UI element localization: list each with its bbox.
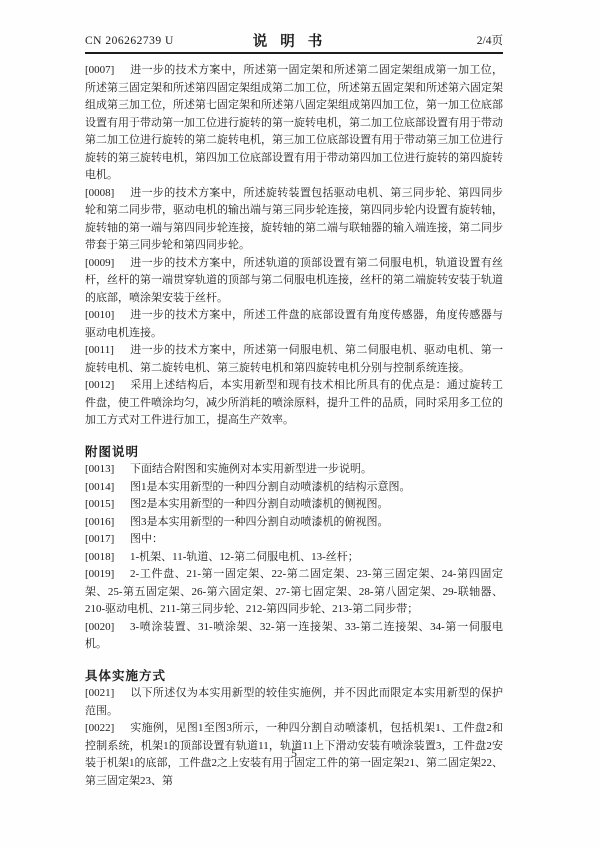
- paragraph-number: [0017]: [85, 531, 118, 549]
- paragraph: [0011]进一步的技术方案中，所述第一伺服电机、第二伺服电机、驱动电机、第一旋…: [85, 342, 503, 377]
- page-number: 5: [291, 748, 297, 760]
- paragraph-text: 图中：: [130, 533, 163, 545]
- paragraph-number: [0008]: [85, 185, 118, 203]
- paragraph: [0013]下面结合附图和实施例对本实用新型进一步说明。: [85, 461, 503, 479]
- paragraph-text: 3-喷涂装置、31-喷涂架、32-第一连接架、33-第二连接架、34-第一伺服电…: [85, 621, 503, 651]
- patent-specification-page: CN 206262739 U 说明书 2/4页 [0007]进一步的技术方案中，…: [0, 0, 600, 849]
- paragraph-number: [0016]: [85, 514, 118, 532]
- paragraph-text: 进一步的技术方案中，所述工件盘的底部设置有角度传感器，角度传感器与驱动电机连接。: [85, 309, 503, 339]
- paragraph-number: [0011]: [85, 342, 118, 360]
- paragraph: [0018]1-机架、11-轨道、12-第二伺服电机、13-丝杆；: [85, 549, 503, 567]
- page-header: CN 206262739 U 说明书 2/4页: [85, 33, 503, 54]
- paragraph: [0019]2-工件盘、21-第一固定架、22-第二固定架、23-第三固定架、2…: [85, 566, 503, 619]
- paragraph-number: [0018]: [85, 549, 118, 567]
- paragraph-text: 进一步的技术方案中，所述第一固定架和所述第二固定架组成第一加工位，所述第三固定架…: [85, 64, 503, 181]
- paragraph: [0014]图1是本实用新型的一种四分割自动喷漆机的结构示意图。: [85, 479, 503, 497]
- paragraph-text: 图2是本实用新型的一种四分割自动喷漆机的侧视图。: [130, 498, 389, 510]
- paragraph: [0008]进一步的技术方案中，所述旋转装置包括驱动电机、第三同步轮、第四同步轮…: [85, 185, 503, 255]
- page-footer: 5: [85, 748, 503, 760]
- document-title: 说明书: [253, 34, 336, 50]
- paragraph-text: 进一步的技术方案中，所述轨道的顶部设置有第二伺服电机，轨道设置有丝杆，丝杆的第一…: [85, 257, 503, 304]
- paragraph-text: 采用上述结构后，本实用新型和现有技术相比所具有的优点是：通过旋转工件盘，使工件喷…: [85, 379, 503, 426]
- document-number: CN 206262739 U: [85, 33, 174, 49]
- paragraph-text: 进一步的技术方案中，所述第一伺服电机、第二伺服电机、驱动电机、第一旋转电机、第二…: [85, 344, 503, 374]
- paragraph: [0007]进一步的技术方案中，所述第一固定架和所述第二固定架组成第一加工位，所…: [85, 62, 503, 185]
- paragraph-text: 以下所述仅为本实用新型的较佳实施例，并不因此而限定本实用新型的保护范围。: [85, 687, 503, 717]
- page-indicator: 2/4页: [477, 33, 503, 49]
- paragraph-number: [0015]: [85, 496, 118, 514]
- paragraph-number: [0014]: [85, 479, 118, 497]
- document-body: [0007]进一步的技术方案中，所述第一固定架和所述第二固定架组成第一加工位，所…: [85, 62, 503, 790]
- paragraph-text: 下面结合附图和实施例对本实用新型进一步说明。: [130, 463, 372, 475]
- paragraph: [0010]进一步的技术方案中，所述工件盘的底部设置有角度传感器，角度传感器与驱…: [85, 307, 503, 342]
- paragraph-number: [0020]: [85, 619, 118, 637]
- paragraph: [0017]图中：: [85, 531, 503, 549]
- paragraph-number: [0010]: [85, 307, 118, 325]
- paragraph-text: 图3是本实用新型的一种四分割自动喷漆机的俯视图。: [130, 516, 389, 528]
- paragraph: [0015]图2是本实用新型的一种四分割自动喷漆机的侧视图。: [85, 496, 503, 514]
- paragraph-number: [0007]: [85, 62, 118, 80]
- paragraph-text: 进一步的技术方案中，所述旋转装置包括驱动电机、第三同步轮、第四同步轮和第二同步带…: [85, 187, 503, 252]
- paragraph-number: [0013]: [85, 461, 118, 479]
- section-heading: 具体实施方式: [85, 668, 503, 686]
- paragraph: [0021]以下所述仅为本实用新型的较佳实施例，并不因此而限定本实用新型的保护范…: [85, 685, 503, 720]
- paragraph: [0016]图3是本实用新型的一种四分割自动喷漆机的俯视图。: [85, 514, 503, 532]
- section-heading: 附图说明: [85, 444, 503, 462]
- content-area: CN 206262739 U 说明书 2/4页 [0007]进一步的技术方案中，…: [85, 33, 503, 790]
- paragraph-text: 2-工件盘、21-第一固定架、22-第二固定架、23-第三固定架、24-第四固定…: [85, 568, 503, 615]
- paragraph-text: 1-机架、11-轨道、12-第二伺服电机、13-丝杆；: [130, 551, 359, 563]
- paragraph-number: [0019]: [85, 566, 118, 584]
- paragraph: [0020]3-喷涂装置、31-喷涂架、32-第一连接架、33-第二连接架、34…: [85, 619, 503, 654]
- paragraph-number: [0022]: [85, 720, 118, 738]
- paragraph-number: [0012]: [85, 377, 118, 395]
- paragraph-number: [0021]: [85, 685, 118, 703]
- paragraph-number: [0009]: [85, 255, 118, 273]
- paragraph: [0012]采用上述结构后，本实用新型和现有技术相比所具有的优点是：通过旋转工件…: [85, 377, 503, 430]
- paragraph-text: 图1是本实用新型的一种四分割自动喷漆机的结构示意图。: [130, 481, 411, 493]
- paragraph: [0009]进一步的技术方案中，所述轨道的顶部设置有第二伺服电机，轨道设置有丝杆…: [85, 255, 503, 308]
